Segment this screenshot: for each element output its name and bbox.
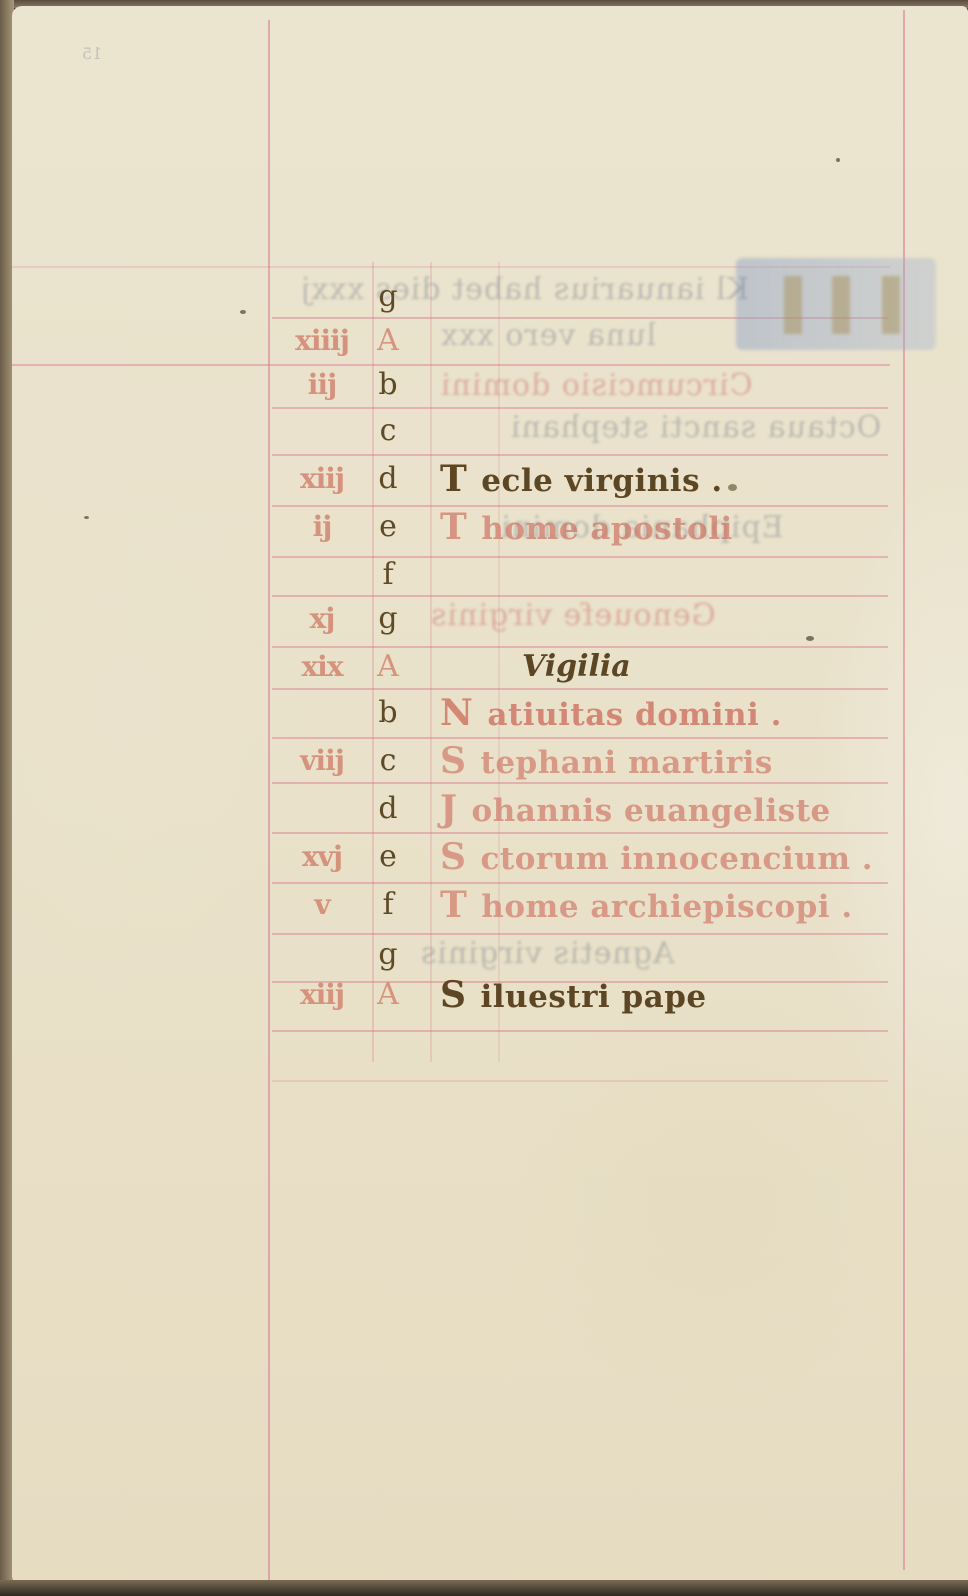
ink-speck	[728, 484, 737, 491]
ruling-line	[272, 832, 888, 834]
feast-entry: Johannis euangeliste	[440, 790, 831, 830]
feast-initial: N	[440, 692, 473, 734]
calendar-row: xvj e Sctorum innocencium .	[272, 838, 892, 876]
ruling-line	[272, 688, 888, 690]
binding-edge-bottom	[0, 1580, 968, 1596]
calendar-row: xj g	[272, 600, 892, 638]
feast-initial: S	[440, 740, 467, 782]
feast-text: ctorum innocencium	[481, 841, 851, 877]
sunday-letter: f	[376, 556, 400, 594]
golden-number: viij	[282, 742, 362, 780]
folio-number-ghost: 15	[82, 44, 102, 63]
calendar-row: b Natiuitas domini .	[272, 694, 892, 732]
calendar-row: xiij A Siluestri pape	[272, 976, 892, 1014]
calendar-row: f	[272, 556, 892, 594]
golden-number: xj	[282, 600, 362, 638]
ink-speck	[240, 310, 246, 314]
vigil-entry: Vigilia	[522, 648, 631, 686]
feast-initial: J	[440, 788, 458, 830]
golden-number: ij	[282, 508, 362, 546]
golden-number: iij	[282, 366, 362, 404]
ruling-left-margin	[268, 20, 270, 1580]
ruling-line	[272, 595, 888, 597]
calendar-row: c	[272, 412, 892, 450]
feast-entry: Tecle virginis .	[440, 460, 723, 500]
golden-number: xiiij	[282, 322, 362, 360]
ruling-line	[272, 737, 888, 739]
feast-text: tephani martiris	[481, 745, 773, 781]
ink-speck	[806, 636, 814, 641]
feast-text: ohannis euangeliste	[472, 793, 831, 829]
golden-number: xiij	[282, 976, 362, 1014]
sunday-letter: e	[376, 508, 400, 546]
sunday-letter: A	[376, 976, 400, 1014]
sunday-letter: g	[376, 600, 400, 638]
feast-initial: T	[440, 506, 467, 548]
feast-entry: Natiuitas domini .	[440, 694, 782, 734]
feast-entry: Stephani martiris	[440, 742, 773, 782]
calendar-row: iij b	[272, 366, 892, 404]
sunday-letter: b	[376, 694, 400, 732]
golden-number: xvj	[282, 838, 362, 876]
ink-speck	[836, 158, 840, 162]
sunday-letter: A	[376, 322, 400, 360]
sunday-letter: b	[376, 366, 400, 404]
calendar-row: d Johannis euangeliste	[272, 790, 892, 828]
ruling-line	[272, 782, 888, 784]
feast-text: iluestri pape	[481, 979, 707, 1015]
calendar-row: ij e Thome apostoli	[272, 508, 892, 546]
ruling-right-margin	[903, 10, 905, 1570]
sunday-letter: c	[376, 412, 400, 450]
ruling-line	[272, 882, 888, 884]
calendar-row: xiiij A	[272, 322, 892, 360]
golden-number: xiij	[282, 460, 362, 498]
sunday-letter: c	[376, 742, 400, 780]
sunday-letter: d	[376, 460, 400, 498]
feast-entry: Thome apostoli	[440, 508, 733, 548]
sunday-letter: d	[376, 790, 400, 828]
calendar-row: v f Thome archiepiscopi .	[272, 886, 892, 924]
feast-initial: S	[440, 836, 467, 878]
ruling-line	[272, 933, 888, 935]
sunday-letter: f	[376, 886, 400, 924]
golden-number: xix	[282, 648, 362, 686]
feast-initial: S	[440, 974, 467, 1016]
feast-text: atiuitas domini	[487, 697, 759, 733]
feast-entry: Sctorum innocencium .	[440, 838, 873, 878]
feast-entry: Siluestri pape	[440, 976, 707, 1016]
ruling-line	[272, 1030, 888, 1032]
calendar-row: xiij d Tecle virginis .	[272, 460, 892, 498]
feast-text: home archiepiscopi	[481, 889, 830, 925]
calendar-row: g	[272, 278, 892, 316]
ruling-line	[272, 454, 888, 456]
ink-speck	[84, 516, 89, 519]
ruling-line	[272, 505, 888, 507]
feast-initial: T	[440, 884, 467, 926]
sunday-letter: e	[376, 838, 400, 876]
calendar-row: g	[272, 936, 892, 974]
golden-number: v	[282, 886, 362, 924]
ruling-line	[272, 407, 888, 409]
sunday-letter: A	[376, 648, 400, 686]
feast-text: ecle virginis	[481, 463, 700, 499]
feast-entry: Thome archiepiscopi .	[440, 886, 853, 926]
calendar-row: viij c Stephani martiris	[272, 742, 892, 780]
sunday-letter: g	[376, 936, 400, 974]
calendar-row: xix A Vigilia	[272, 648, 892, 686]
feast-text: home apostoli	[481, 511, 732, 547]
sunday-letter: g	[376, 278, 400, 316]
feast-initial: T	[440, 458, 467, 500]
ruling-line	[272, 1080, 888, 1082]
